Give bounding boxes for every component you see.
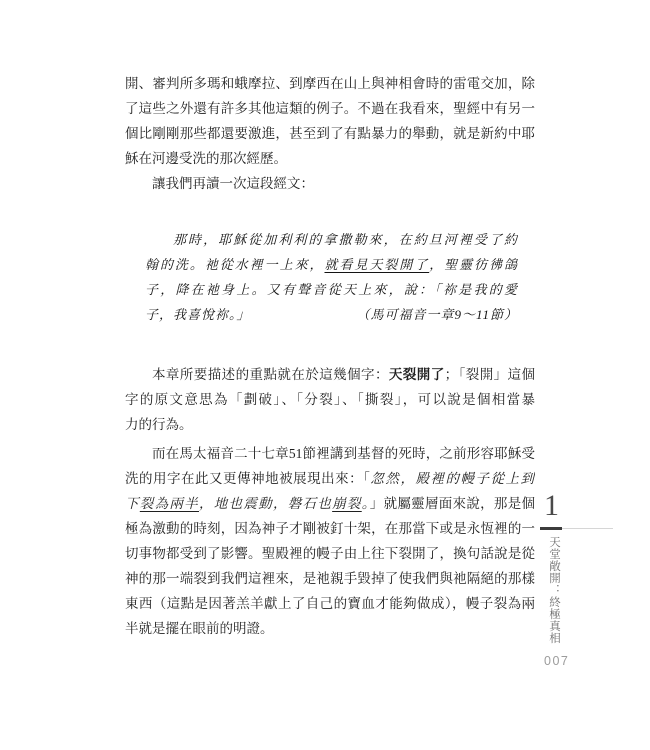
paragraph-intro: 開、審判所多瑪和蛾摩拉、到摩西在山上與神相會時的雷電交加，除了這些之外還有許多其… [125,71,535,196]
text-segment: 字的原文意思為「劃破」、「分裂」、「撕裂」，可以說是個相當暴 [125,392,535,407]
chapter-rule-divider [540,527,613,530]
text-segment: 穌在河邊受洗的那次經歷。 [125,151,287,166]
text-segment: 個比剛剛那些都還要激進，甚至到了有點暴力的舉動，就是新約中耶 [125,126,535,141]
text-segment: 」就屬靈層面來說，那是個 [370,496,535,511]
rule-light-segment [562,528,613,529]
text-segment: 子，降在祂身上。又有聲音從天上來，說：「祢是我的愛 [145,282,518,297]
text-line: 子，我喜悅祢。」（馬可福音一章9～11節） [145,302,518,327]
text-line: 下裂為兩半，地也震動，磐石也崩裂。」就屬靈層面來說，那是個 [125,491,535,516]
text-line: 力的行為。 [125,412,535,437]
text-segment: 就看見天裂開了 [324,257,429,272]
text-segment: 忽然，殿裡的幔子從上到 [370,471,535,486]
paragraph-keyword: 本章所要描述的重點就在於這幾個字：天裂開了；「裂開」這個字的原文意思為「劃破」、… [125,362,535,437]
text-line: 那時，耶穌從加利利的拿撒勒來，在約旦河裡受了約 [145,227,518,252]
text-line: 讓我們再讀一次這段經文： [125,171,535,196]
text-line: 子，降在祂身上。又有聲音從天上來，說：「祢是我的愛 [145,277,518,302]
text-segment: 。 [362,496,370,511]
chapter-title-vertical: 天堂敞開：終極真相 [546,536,562,648]
text-segment: 神的那一端裂到我們這裡來，是祂親手毀掉了使我們與祂隔絕的那樣 [125,571,535,586]
text-segment: 裂為兩半 [140,496,199,511]
text-line: 本章所要描述的重點就在於這幾個字：天裂開了；「裂開」這個 [125,362,535,387]
text-line: 穌在河邊受洗的那次經歷。 [125,146,535,171]
text-segment: 了這些之外還有許多其他這類的例子。不過在我看來，聖經中有另一 [125,101,535,116]
text-segment: 下 [125,496,140,511]
book-page: 開、審判所多瑪和蛾摩拉、到摩西在山上與神相會時的雷電交加，除了這些之外還有許多其… [0,0,650,750]
rule-dark-segment [540,527,562,530]
text-line: 東西（這點是因著羔羊獻上了自己的寶血才能夠做成），幔子裂為兩 [125,591,535,616]
text-segment: ；「裂開」這個 [445,367,535,382]
text-segment: 東西（這點是因著羔羊獻上了自己的寶血才能夠做成），幔子裂為兩 [125,596,535,611]
page-number: 007 [544,654,569,668]
text-segment: 力的行為。 [125,417,193,432]
text-line: 翰的洗。祂從水裡一上來，就看見天裂開了，聖靈彷彿鴿 [145,252,518,277]
text-segment: 讓我們再讀一次這段經文： [152,176,314,191]
text-segment: 開、審判所多瑪和蛾摩拉、到摩西在山上與神相會時的雷電交加，除 [125,76,535,91]
scripture-quote-block: 那時，耶穌從加利利的拿撒勒來，在約旦河裡受了約翰的洗。祂從水裡一上來，就看見天裂… [145,227,518,327]
text-segment: 子，我喜悅祢。」 [145,302,251,327]
text-segment: 天裂開了 [389,367,445,382]
text-segment: 切事物都受到了影響。聖殿裡的幔子由上往下裂開了，換句話說是從 [125,546,535,561]
text-segment: 而在馬太福音二十七章51節裡講到基督的死時，之前形容耶穌受 [152,446,535,461]
text-line: 開、審判所多瑪和蛾摩拉、到摩西在山上與神相會時的雷電交加，除 [125,71,535,96]
text-line: 切事物都受到了影響。聖殿裡的幔子由上往下裂開了，換句話說是從 [125,541,535,566]
text-segment: 半就是擺在眼前的明證。 [125,621,274,636]
text-line: 極為激動的時刻，因為神子才剛被釘十架，在那當下或是永恆裡的一 [125,516,535,541]
text-segment: 崩裂 [332,496,362,511]
text-segment: 本章所要描述的重點就在於這幾個字： [152,367,389,382]
text-segment: 那時，耶穌從加利利的拿撒勒來，在約旦河裡受了約 [173,232,518,247]
text-segment: ，聖靈彷彿鴿 [429,257,518,272]
text-line: 而在馬太福音二十七章51節裡講到基督的死時，之前形容耶穌受 [125,441,535,466]
text-line: 神的那一端裂到我們這裡來，是祂親手毀掉了使我們與祂隔絕的那樣 [125,566,535,591]
text-line: 了這些之外還有許多其他這類的例子。不過在我看來，聖經中有另一 [125,96,535,121]
text-column: 開、審判所多瑪和蛾摩拉、到摩西在山上與神相會時的雷電交加，除了這些之外還有許多其… [125,71,535,641]
chapter-number: 1 [544,489,559,523]
text-line: 個比剛剛那些都還要激進，甚至到了有點暴力的舉動，就是新約中耶 [125,121,535,146]
text-line: 洗的用字在此又更傳神地被展現出來：「忽然，殿裡的幔子從上到 [125,466,535,491]
text-segment: 翰的洗。祂從水裡一上來， [145,257,324,272]
text-segment: ，地也震動，磐石也 [199,496,332,511]
text-line: 半就是擺在眼前的明證。 [125,616,535,641]
quote-attribution: （馬可福音一章9～11節） [356,302,518,327]
text-segment: 洗的用字在此又更傳神地被展現出來：「 [125,471,370,486]
text-line: 字的原文意思為「劃破」、「分裂」、「撕裂」，可以說是個相當暴 [125,387,535,412]
text-segment: 極為激動的時刻，因為神子才剛被釘十架，在那當下或是永恆裡的一 [125,521,535,536]
paragraph-matthew: 而在馬太福音二十七章51節裡講到基督的死時，之前形容耶穌受洗的用字在此又更傳神地… [125,441,535,641]
